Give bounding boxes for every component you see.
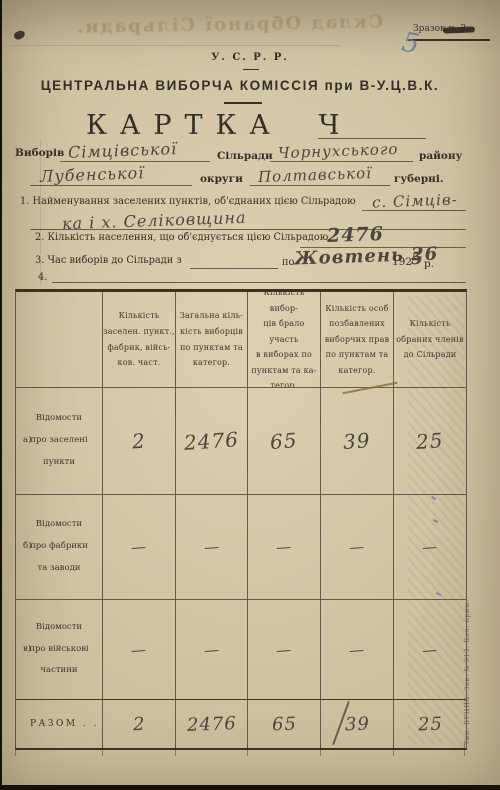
table-line-stub xyxy=(102,745,103,756)
sample-underline xyxy=(408,39,490,41)
row-marker: а) xyxy=(23,430,31,452)
label-okruha: округи xyxy=(200,173,243,185)
table-cell: — xyxy=(321,600,394,700)
republic-name: У. С. Р. Р. xyxy=(150,52,350,63)
table-header-voters-participated: Кількість вибор- ців брало участь в вибо… xyxy=(248,292,321,388)
table-cell: 2 xyxy=(103,700,176,748)
divider-dash xyxy=(224,102,262,104)
bleed-through-text: Склад Обраної Сільради. xyxy=(75,11,383,37)
handwritten-sample-number: 5 xyxy=(399,27,421,61)
table-line-stub xyxy=(15,745,16,756)
handwritten-gubernia-name: Полтавської xyxy=(258,164,372,186)
item3-r-label: р. xyxy=(424,258,434,270)
item3-label: 3. Час виборів до Сільради з xyxy=(35,255,182,266)
title-blank-line xyxy=(318,138,426,139)
ink-blot xyxy=(13,29,26,41)
handwritten-population-count: 2476 xyxy=(327,223,385,247)
table-header-empty xyxy=(16,292,103,388)
blank-line xyxy=(362,210,466,211)
item2-label: 2. Кількість населення, що об'єднується … xyxy=(35,232,331,243)
table-cell: 39 xyxy=(321,700,394,748)
table-line-stub xyxy=(393,745,394,756)
divider-dash xyxy=(243,69,259,70)
table-line-stub xyxy=(320,745,321,756)
blank-line xyxy=(190,268,278,269)
table-cell: — xyxy=(176,495,248,600)
table-cell: — xyxy=(176,600,248,700)
scan-edge-left xyxy=(0,0,2,790)
table-cell: — xyxy=(248,495,321,600)
card-title: КАРТКА Ч xyxy=(86,110,352,141)
scanned-document: Склад Обраної Сільради. Зразок ч. 3. 5 У… xyxy=(0,0,500,790)
row-label-text: Відомости про військові частини xyxy=(29,617,88,682)
item3-po-label: по xyxy=(282,257,294,268)
handwritten-district-name: Чорнухського xyxy=(278,140,399,162)
row-marker: б) xyxy=(23,536,31,558)
commission-name: ЦЕНТРАЛЬНА ВИБОРЧА КОМІССІЯ при В-У.Ц.В.… xyxy=(10,78,470,93)
table-cell: 2 xyxy=(103,388,176,495)
total-row-label: РАЗОМ . . xyxy=(16,700,103,748)
item3-year-printed: 192 xyxy=(392,256,412,268)
table-line-stub xyxy=(247,745,248,756)
printer-imprint: Тип. ВУЦИК. Зак. № 913. Кол. прим. xyxy=(463,595,471,745)
item4-label: 4. xyxy=(38,272,47,283)
label-selsoviet: Сільради xyxy=(217,150,273,162)
table-header-elected-members: Кількість обраних членів до Сільради xyxy=(394,292,466,388)
table-cell: 2476 xyxy=(176,700,248,748)
table-cell: 25 xyxy=(394,388,466,495)
label-gubernia: губерні. xyxy=(394,173,444,185)
table-header-settlement-count: Кількість заселен. пункт., фабрик, війсь… xyxy=(103,292,176,388)
blank-line xyxy=(30,185,192,186)
blank-line xyxy=(270,161,413,162)
table-header-deprived-rights: Кількість особ позбавлених виборчих прав… xyxy=(321,292,394,388)
label-electoral-of: Виборів xyxy=(15,147,64,159)
handwritten-selsoviet-name: Сімцівської xyxy=(68,139,178,162)
blank-line xyxy=(52,282,466,283)
row-label-text: Відомости про фабрики та заводи xyxy=(30,514,88,579)
blank-line xyxy=(60,161,210,162)
row-label-text: Відомости про заселені пункти xyxy=(30,408,87,473)
item1-label: 1. Найменування заселених пунктів, об'єд… xyxy=(20,196,356,207)
table-cell: — xyxy=(248,600,321,700)
table-row-label: б) Відомости про фабрики та заводи xyxy=(16,495,103,600)
statistics-table: Кількість заселен. пункт., фабрик, війсь… xyxy=(15,289,467,750)
blank-line xyxy=(250,185,390,186)
table-cell: 65 xyxy=(248,700,321,748)
table-cell: 25 xyxy=(394,700,466,748)
blank-line xyxy=(30,229,466,230)
table-cell: — xyxy=(394,495,466,600)
table-line-stub xyxy=(175,745,176,756)
table-cell: 65 xyxy=(248,388,321,495)
table-row-label: в) Відомости про військові частини xyxy=(16,600,103,700)
table-cell: — xyxy=(103,600,176,700)
table-line-stub xyxy=(464,745,465,756)
handwritten-okruha-name: Лубенської xyxy=(40,163,145,186)
label-district: району xyxy=(419,150,462,162)
table-row-label: а) Відомости про заселені пункти xyxy=(16,388,103,495)
scan-edge-bottom xyxy=(0,785,500,790)
handwritten-item1-value-a: с. Сімців- xyxy=(372,191,458,212)
crossed-out-smudge xyxy=(443,26,475,33)
row-marker: в) xyxy=(23,639,31,661)
table-header-total-voters: Загальна кіль- кість виборців по пунктам… xyxy=(176,292,248,388)
table-cell: 2476 xyxy=(176,388,248,495)
bleed-through-line xyxy=(10,45,340,46)
table-cell: — xyxy=(103,495,176,600)
table-cell: — xyxy=(321,495,394,600)
table-cell: — xyxy=(394,600,466,700)
table-cell: 39 xyxy=(321,388,394,495)
handwritten-year-digit: 5 xyxy=(411,249,425,269)
